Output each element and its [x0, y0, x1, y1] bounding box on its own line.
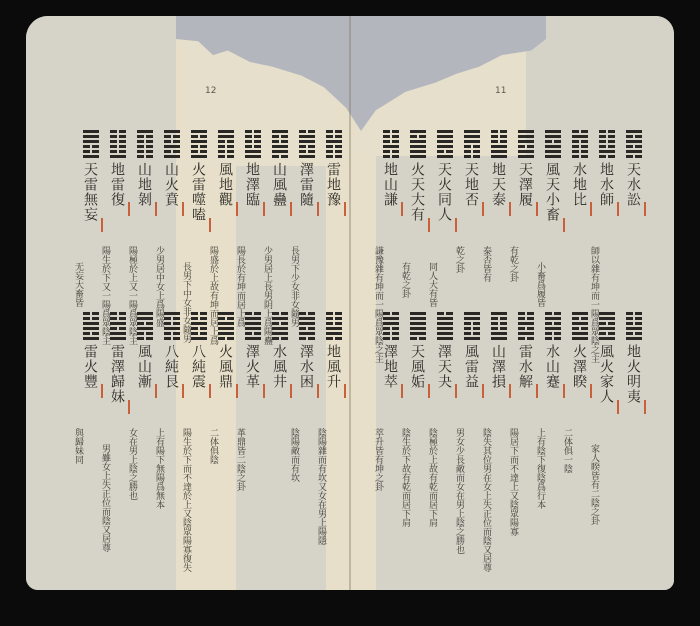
yin-line — [464, 155, 480, 158]
hexagram-name: 天澤履 — [517, 162, 535, 207]
red-annotation-mark — [263, 384, 265, 398]
hexagram-name: 火雷噬嗑 — [190, 162, 208, 222]
yang-line — [191, 337, 207, 340]
hexagram-symbol-icon — [245, 312, 261, 340]
hexagram-symbol-icon — [164, 130, 180, 158]
red-annotation-mark — [317, 202, 319, 216]
yin-line — [272, 140, 288, 143]
yang-line — [518, 135, 534, 138]
yang-line — [110, 322, 126, 325]
yang-line — [272, 130, 288, 133]
yang-line — [464, 317, 480, 320]
red-annotation-mark — [182, 202, 184, 216]
hexagram-name: 天風姤 — [409, 344, 427, 389]
red-annotation-mark — [644, 202, 646, 216]
yin-line — [245, 130, 261, 133]
yin-line — [572, 150, 588, 153]
hexagram-entry: 雷地豫 — [322, 130, 346, 222]
yin-line — [518, 327, 534, 330]
yin-line — [326, 135, 342, 138]
yin-line — [518, 317, 534, 320]
yin-line — [626, 322, 642, 325]
hexagram-symbol-icon — [491, 312, 507, 340]
hexagram-annotation: 革鼎皆二陰之卦 — [235, 428, 245, 491]
red-annotation-mark — [509, 384, 511, 398]
yin-line — [164, 337, 180, 340]
yang-line — [218, 130, 234, 133]
red-annotation-mark — [536, 384, 538, 398]
yang-line — [218, 135, 234, 138]
hexagram-name: 地雷復 — [109, 162, 127, 207]
yang-line — [545, 327, 561, 330]
yang-line — [572, 322, 588, 325]
hexagram-symbol-icon — [83, 130, 99, 158]
hexagram-symbol-icon — [383, 130, 399, 158]
right-page-bottom-row: 地火明夷風火家人家人睽皆有二陰之卦火澤睽二体俱一陰水山蹇上有陰下復陰爲行本雷水解… — [376, 312, 646, 404]
hexagram-annotation: 泰否皆有 — [481, 246, 491, 282]
yin-line — [218, 145, 234, 148]
yin-line — [272, 135, 288, 138]
hexagram-name: 地天泰 — [490, 162, 508, 207]
yin-line — [491, 135, 507, 138]
yin-line — [572, 145, 588, 148]
yang-line — [110, 155, 126, 158]
hexagram-name: 火天大有 — [409, 162, 427, 222]
yang-line — [545, 150, 561, 153]
yang-line — [626, 130, 642, 133]
yin-line — [326, 145, 342, 148]
yin-line — [410, 337, 426, 340]
yang-line — [464, 130, 480, 133]
yang-line — [572, 332, 588, 335]
left-page-bottom-row: 地風升陰陽雜而有坎又女在男上陽隱澤水困陰陽敵而有坎水風井澤火革革鼎皆二陰之卦火風… — [76, 312, 346, 404]
hexagram-name: 雷水解 — [517, 344, 535, 389]
hexagram-entry: 地火明夷 — [622, 312, 646, 404]
yang-line — [626, 150, 642, 153]
hexagram-entry: 水地比 — [568, 130, 592, 222]
hexagram-symbol-icon — [464, 130, 480, 158]
yin-line — [464, 332, 480, 335]
yang-line — [518, 322, 534, 325]
yang-line — [410, 332, 426, 335]
yang-line — [464, 312, 480, 315]
yin-line — [164, 135, 180, 138]
yin-line — [545, 140, 561, 143]
red-annotation-mark — [482, 202, 484, 216]
red-annotation-mark — [236, 384, 238, 398]
hexagram-annotation: 陽生於下而不達於上又陰眾陽寡復失 — [181, 428, 191, 572]
yang-line — [272, 150, 288, 153]
yin-line — [164, 150, 180, 153]
hexagram-name: 澤天夬 — [436, 344, 454, 389]
red-annotation-mark — [209, 384, 211, 398]
yin-line — [383, 150, 399, 153]
hexagram-entry: 雷澤歸妹男雖女上失正位而陰又居尊 — [106, 312, 130, 404]
yang-line — [437, 332, 453, 335]
yin-line — [191, 145, 207, 148]
yang-line — [437, 327, 453, 330]
hexagram-name: 八純艮 — [163, 344, 181, 389]
yin-line — [437, 150, 453, 153]
red-annotation-mark — [128, 202, 130, 216]
yang-line — [491, 145, 507, 148]
hexagram-entry: 八純震陽生於下而不達於上又陰眾陽寡復失 — [187, 312, 211, 404]
hexagram-entry: 火澤睽二体俱一陰 — [568, 312, 592, 404]
yang-line — [83, 155, 99, 158]
yin-line — [572, 140, 588, 143]
hexagram-annotation: 上有陰下復陰爲行本 — [535, 428, 545, 509]
hexagram-symbol-icon — [218, 312, 234, 340]
yang-line — [383, 322, 399, 325]
yin-line — [626, 332, 642, 335]
yin-line — [383, 327, 399, 330]
red-annotation-mark — [428, 218, 430, 232]
red-annotation-mark — [344, 384, 346, 398]
yang-line — [545, 145, 561, 148]
hexagram-entry: 天澤履有乾之卦 — [514, 130, 538, 222]
yang-line — [410, 312, 426, 315]
hexagram-name: 八純震 — [190, 344, 208, 389]
hexagram-annotation: 男雖女上失正位而陰又居尊 — [100, 444, 110, 552]
hexagram-name: 雷地豫 — [325, 162, 343, 207]
yang-line — [83, 130, 99, 133]
hexagram-name: 水風井 — [271, 344, 289, 389]
yang-line — [191, 130, 207, 133]
yin-line — [110, 130, 126, 133]
hexagram-symbol-icon — [437, 130, 453, 158]
yin-line — [437, 312, 453, 315]
book-spine — [349, 16, 351, 590]
hexagram-symbol-icon — [245, 130, 261, 158]
red-annotation-mark — [101, 384, 103, 398]
hexagram-entry: 雷水解陽居下而不達上又陰眾陽寡 — [514, 312, 538, 404]
yin-line — [191, 135, 207, 138]
red-annotation-mark — [617, 202, 619, 216]
hexagram-annotation: 同人大有皆 — [427, 262, 437, 307]
hexagram-entry: 澤火革革鼎皆二陰之卦 — [241, 312, 265, 404]
red-annotation-mark — [263, 202, 265, 216]
yang-line — [437, 337, 453, 340]
yin-line — [299, 145, 315, 148]
yin-line — [599, 332, 615, 335]
red-annotation-mark — [182, 384, 184, 398]
yang-line — [245, 322, 261, 325]
yin-line — [299, 327, 315, 330]
yang-line — [491, 332, 507, 335]
yang-line — [410, 140, 426, 143]
yin-line — [626, 135, 642, 138]
yin-line — [83, 312, 99, 315]
yin-line — [299, 150, 315, 153]
hexagram-entry: 八純艮上有陽下無陽爲無本 — [160, 312, 184, 404]
yang-line — [218, 322, 234, 325]
yin-line — [545, 332, 561, 335]
hexagram-annotation: 陽居下而不達上又陰眾陽寡 — [508, 428, 518, 536]
yin-line — [326, 130, 342, 133]
hexagram-entry: 天地否乾之卦 — [460, 130, 484, 222]
hexagram-symbol-icon — [545, 130, 561, 158]
hexagram-annotation: 二体俱一陰 — [562, 428, 572, 473]
red-annotation-mark — [290, 384, 292, 398]
yang-line — [545, 135, 561, 138]
yin-line — [164, 322, 180, 325]
yang-line — [326, 140, 342, 143]
yin-line — [110, 135, 126, 138]
yang-line — [245, 327, 261, 330]
hexagram-entry: 山風蠱少男居上長男阴上爲陽蠱 — [268, 130, 292, 222]
hexagram-annotation: 无妄大畜皆 — [73, 262, 83, 307]
yin-line — [83, 317, 99, 320]
red-annotation-mark — [209, 218, 211, 232]
yang-line — [164, 145, 180, 148]
hexagram-symbol-icon — [110, 130, 126, 158]
hexagram-entry: 水山蹇上有陰下復陰爲行本 — [541, 312, 565, 404]
hexagram-entry: 地雷復陽生於下又一陽爲眾陰主 — [106, 130, 130, 222]
hexagram-entry: 澤雷隨長男下少女非女隨男 — [295, 130, 319, 222]
hexagram-entry: 水風井 — [268, 312, 292, 404]
yang-line — [299, 317, 315, 320]
yin-line — [245, 145, 261, 148]
yin-line — [299, 130, 315, 133]
hexagram-entry: 風火家人家人睽皆有二陰之卦 — [595, 312, 619, 404]
red-annotation-mark — [455, 218, 457, 232]
yin-line — [599, 135, 615, 138]
red-annotation-mark — [101, 218, 103, 232]
hexagram-annotation: 陰極於上故有乾而居下肩 — [427, 428, 437, 527]
hexagram-name: 風雷益 — [463, 344, 481, 389]
yang-line — [626, 327, 642, 330]
yang-line — [164, 130, 180, 133]
yin-line — [137, 322, 153, 325]
hexagram-entry: 山地剝陽極於上又一陽爲眾陰主 — [133, 130, 157, 222]
yang-line — [545, 130, 561, 133]
yin-line — [245, 312, 261, 315]
hexagram-symbol-icon — [383, 312, 399, 340]
yang-line — [437, 155, 453, 158]
yang-line — [437, 135, 453, 138]
yang-line — [464, 337, 480, 340]
yin-line — [599, 322, 615, 325]
yin-line — [572, 317, 588, 320]
hexagram-symbol-icon — [599, 130, 615, 158]
hexagram-symbol-icon — [299, 312, 315, 340]
hexagram-symbol-icon — [164, 312, 180, 340]
yang-line — [110, 337, 126, 340]
yin-line — [218, 337, 234, 340]
yin-line — [110, 312, 126, 315]
yang-line — [137, 130, 153, 133]
yin-line — [110, 150, 126, 153]
hexagram-name: 山澤損 — [490, 344, 508, 389]
yin-line — [110, 327, 126, 330]
hexagram-entry: 山火賁少男居中女上爲陽盛 — [160, 130, 184, 222]
yang-line — [572, 135, 588, 138]
yin-line — [464, 150, 480, 153]
yin-line — [164, 317, 180, 320]
yang-line — [491, 150, 507, 153]
yin-line — [599, 130, 615, 133]
hexagram-name: 風天小畜 — [544, 162, 562, 222]
yang-line — [272, 317, 288, 320]
yin-line — [299, 312, 315, 315]
yin-line — [410, 135, 426, 138]
red-annotation-mark — [617, 400, 619, 414]
yin-line — [83, 332, 99, 335]
yin-line — [326, 155, 342, 158]
yin-line — [272, 322, 288, 325]
yin-line — [218, 140, 234, 143]
red-annotation-mark — [563, 218, 565, 232]
manuscript-sheet: 12 11 天水訟地水師師以雜有坤而一陽爲眾陰之主水地比風天小畜小畜爲履皆天澤履… — [26, 16, 674, 590]
yang-line — [218, 312, 234, 315]
hexagram-entry: 風雷益男女少長敵而女在男上陰之勝也 — [460, 312, 484, 404]
hexagram-symbol-icon — [410, 130, 426, 158]
yang-line — [599, 150, 615, 153]
red-annotation-mark — [236, 202, 238, 216]
yang-line — [518, 130, 534, 133]
yang-line — [299, 140, 315, 143]
hexagram-name: 澤雷隨 — [298, 162, 316, 207]
yang-line — [272, 145, 288, 148]
yang-line — [437, 145, 453, 148]
yin-line — [545, 337, 561, 340]
yang-line — [410, 327, 426, 330]
yang-line — [272, 332, 288, 335]
hexagram-annotation: 男女少長敵而女在男上陰之勝也 — [454, 428, 464, 554]
yang-line — [299, 155, 315, 158]
hexagram-symbol-icon — [626, 130, 642, 158]
hexagram-annotation: 陰生於下故有乾而居下肩 — [400, 428, 410, 527]
yin-line — [272, 155, 288, 158]
hexagram-symbol-icon — [410, 312, 426, 340]
yin-line — [245, 140, 261, 143]
hexagram-name: 澤火革 — [244, 344, 262, 389]
yin-line — [326, 317, 342, 320]
yin-line — [491, 322, 507, 325]
yin-line — [218, 150, 234, 153]
red-annotation-mark — [290, 202, 292, 216]
yin-line — [626, 155, 642, 158]
yang-line — [326, 327, 342, 330]
red-annotation-mark — [428, 384, 430, 398]
hexagram-entry: 風地觀陽盛於上故有坤而居上爲 — [214, 130, 238, 222]
yin-line — [218, 155, 234, 158]
yang-line — [572, 337, 588, 340]
page-number-right: 11 — [495, 86, 506, 96]
yang-line — [410, 322, 426, 325]
hexagram-symbol-icon — [110, 312, 126, 340]
hexagram-entry: 地天泰泰否皆有 — [487, 130, 511, 222]
yin-line — [272, 337, 288, 340]
hexagram-name: 天火同人 — [436, 162, 454, 222]
yin-line — [326, 337, 342, 340]
yang-line — [599, 337, 615, 340]
hexagram-entry: 火風鼎二体俱陰 — [214, 312, 238, 404]
hexagram-annotation: 上有陽下無陽爲無本 — [154, 428, 164, 509]
hexagram-entry: 山澤損陰失其位男在女上失正位而陰又居尊 — [487, 312, 511, 404]
hexagram-symbol-icon — [326, 312, 342, 340]
hexagram-symbol-icon — [191, 130, 207, 158]
yang-line — [299, 332, 315, 335]
hexagram-symbol-icon — [83, 312, 99, 340]
hexagram-name: 天地否 — [463, 162, 481, 207]
hexagram-symbol-icon — [518, 130, 534, 158]
hexagram-name: 地山謙 — [382, 162, 400, 207]
yang-line — [326, 332, 342, 335]
right-page-top-row: 天水訟地水師師以雜有坤而一陽爲眾陰之主水地比風天小畜小畜爲履皆天澤履有乾之卦地天… — [376, 130, 646, 222]
yin-line — [491, 140, 507, 143]
yang-line — [164, 155, 180, 158]
yang-line — [245, 150, 261, 153]
yang-line — [491, 312, 507, 315]
yang-line — [599, 317, 615, 320]
red-annotation-mark — [401, 202, 403, 216]
left-page-top-row: 雷地豫澤雷隨長男下少女非女隨男山風蠱少男居上長男阴上爲陽蠱地澤臨陽長於有坤而居上… — [76, 130, 346, 222]
yang-line — [83, 140, 99, 143]
hexagram-symbol-icon — [137, 130, 153, 158]
yin-line — [137, 140, 153, 143]
hexagram-annotation: 陰陽敵而有坎 — [289, 428, 299, 482]
yin-line — [383, 135, 399, 138]
yin-line — [245, 332, 261, 335]
hexagram-symbol-icon — [464, 312, 480, 340]
yang-line — [410, 317, 426, 320]
yin-line — [626, 317, 642, 320]
yin-line — [191, 327, 207, 330]
yang-line — [272, 327, 288, 330]
yang-line — [83, 327, 99, 330]
yin-line — [299, 337, 315, 340]
yang-line — [518, 150, 534, 153]
yang-line — [572, 312, 588, 315]
yang-line — [164, 327, 180, 330]
hexagram-annotation: 女在男上陰之勝也 — [127, 428, 137, 500]
hexagram-symbol-icon — [218, 130, 234, 158]
yin-line — [464, 145, 480, 148]
hexagram-annotation: 陰陽雜而有坎又女在男上陽隱 — [316, 428, 326, 545]
hexagram-name: 地風升 — [325, 344, 343, 389]
yang-line — [410, 155, 426, 158]
yang-line — [599, 327, 615, 330]
red-annotation-mark — [509, 202, 511, 216]
yang-line — [191, 322, 207, 325]
red-annotation-mark — [590, 202, 592, 216]
yin-line — [191, 332, 207, 335]
yang-line — [218, 332, 234, 335]
hexagram-symbol-icon — [191, 312, 207, 340]
hexagram-annotation: 有乾之卦 — [508, 246, 518, 282]
hexagram-name: 澤地萃 — [382, 344, 400, 389]
hexagram-name: 山火賁 — [163, 162, 181, 207]
yang-line — [137, 327, 153, 330]
yin-line — [572, 327, 588, 330]
yin-line — [83, 145, 99, 148]
yang-line — [83, 135, 99, 138]
yang-line — [518, 332, 534, 335]
yin-line — [464, 322, 480, 325]
red-annotation-mark — [455, 384, 457, 398]
hexagram-entry: 火天大有有乾之卦 — [406, 130, 430, 222]
yang-line — [191, 140, 207, 143]
hexagram-name: 火風鼎 — [217, 344, 235, 389]
hexagram-name: 天雷無妄 — [82, 162, 100, 222]
yin-line — [326, 150, 342, 153]
yin-line — [191, 312, 207, 315]
yin-line — [137, 332, 153, 335]
yin-line — [518, 145, 534, 148]
yang-line — [626, 140, 642, 143]
red-annotation-mark — [155, 202, 157, 216]
